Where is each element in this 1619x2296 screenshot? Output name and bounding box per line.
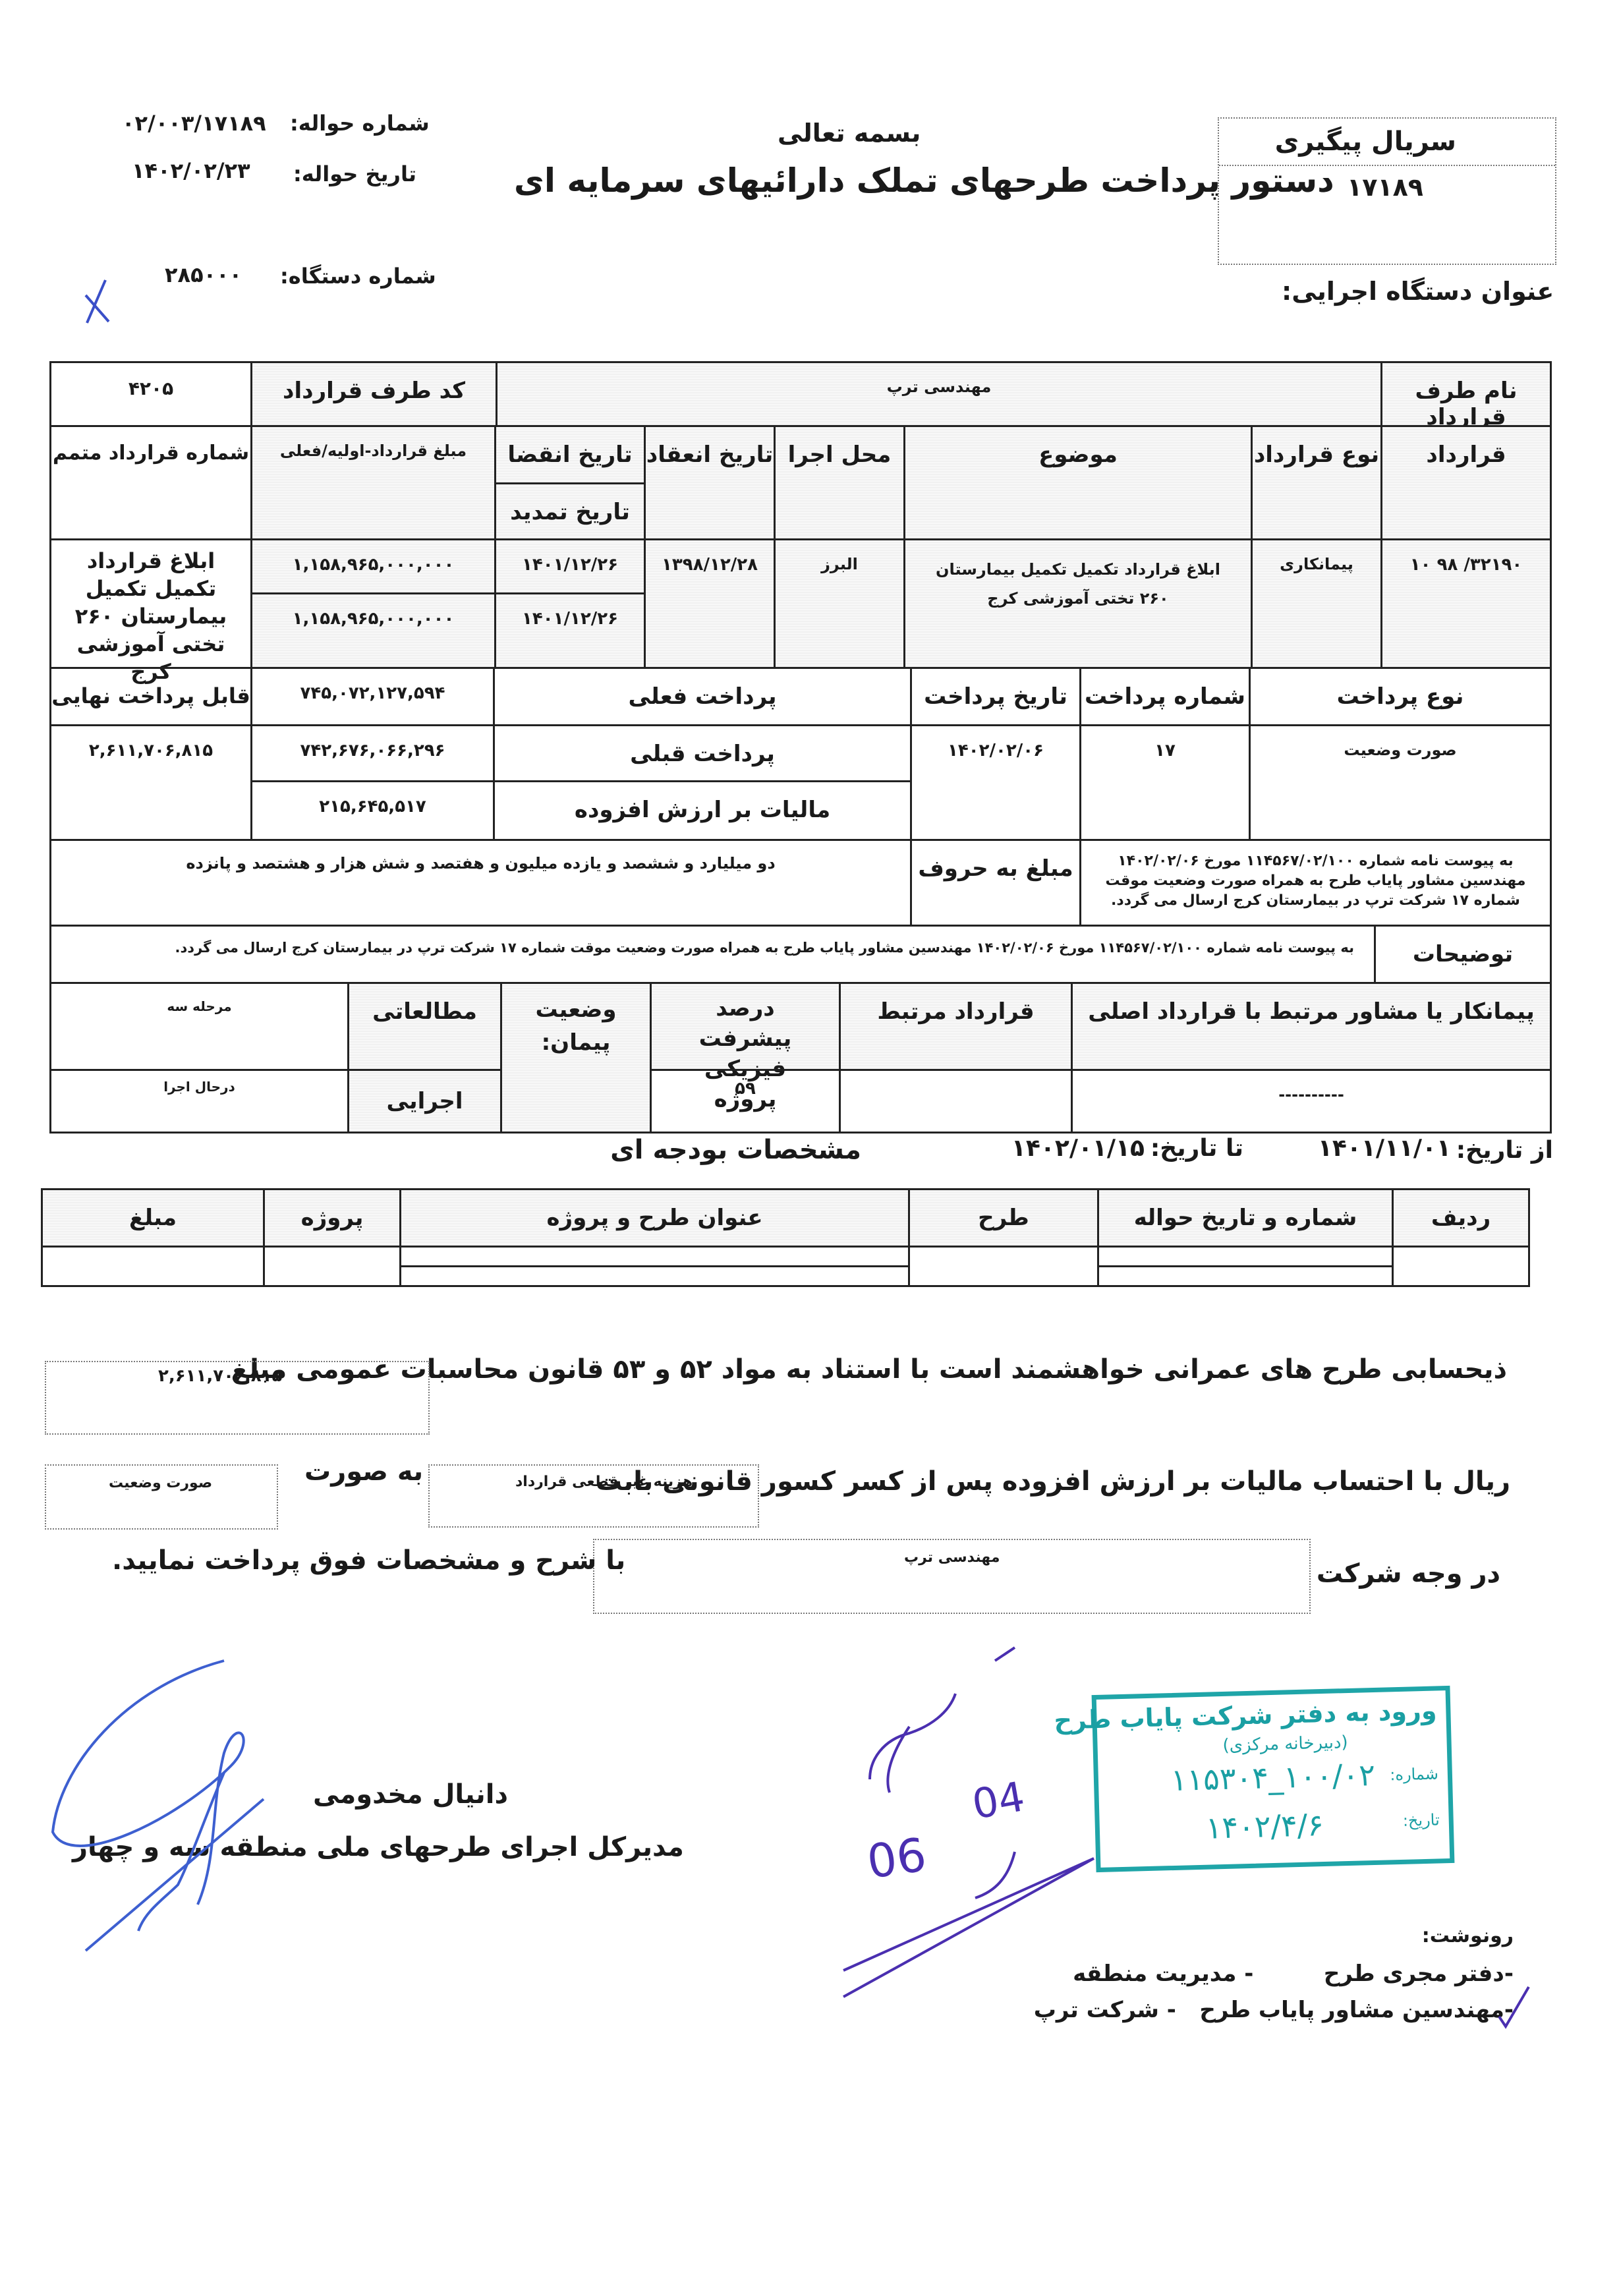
budget-col-project-label: پروژه <box>301 1205 364 1231</box>
contractor-label-cell: پیمانکار یا مشاور مرتبط با قرارداد اصلی <box>1071 982 1552 1071</box>
vat-value-cell: ۲۱۵,۶۴۵,۵۱۷ <box>250 780 495 841</box>
contractor-label: پیمانکار یا مشاور مرتبط با قرارداد اصلی <box>1088 998 1535 1025</box>
status-study-cell: مطالعاتی <box>347 982 502 1071</box>
budget-col-title: عنوان طرح و پروژه <box>399 1188 910 1248</box>
col-expiry-date: تاریخ انقضا <box>494 425 646 484</box>
contract-sign-date: ۱۳۹۸/۱۲/۲۸ <box>662 555 758 575</box>
executive-agency-label: عنوان دستگاه اجرایی: <box>1282 277 1554 306</box>
amount-words-value: دو میلیارد و ششصد و یازده میلیون و هفتصد… <box>186 854 775 873</box>
contract-amount-current: ۱,۱۵۸,۹۶۵,۰۰۰,۰۰۰ <box>293 609 455 629</box>
payment-note: به پیوست نامه شماره ۱۱۴۵۶۷/۰۲/۱۰۰ مورخ ۱… <box>1094 851 1537 911</box>
supplement-number-cell: ابلاغ قرارداد تکمیل تکمیل بیمارستان ۲۶۰ … <box>49 538 252 669</box>
payment-date-label: تاریخ پرداخت <box>924 683 1067 710</box>
col-contract-label: قرارداد <box>1426 442 1506 468</box>
budget-col-project: پروژه <box>263 1188 401 1248</box>
amount-words-label-cell: مبلغ به حروف <box>910 839 1081 927</box>
description-value-cell: به پیوست نامه شماره ۱۱۴۵۶۷/۰۲/۱۰۰ مورخ ۱… <box>49 925 1376 984</box>
payment-type-value: صورت وضعیت <box>1344 741 1456 759</box>
payment-note-cell: به پیوست نامه شماره ۱۱۴۵۶۷/۰۲/۱۰۰ مورخ ۱… <box>1079 839 1552 927</box>
order-number-value: ۰۲/۰۰۳/۱۷۱۸۹ <box>122 111 266 136</box>
previous-payment-value-cell: ۷۴۲,۶۷۶,۰۶۶,۲۹۶ <box>250 724 495 782</box>
contract-extension-date: ۱۴۰۱/۱۲/۲۶ <box>522 609 618 629</box>
device-number-value: ۲۸۵۰۰۰ <box>165 262 242 287</box>
from-date-label: از تاریخ: <box>1456 1137 1553 1164</box>
budget-cell <box>399 1265 910 1287</box>
to-date-value: ۱۴۰۲/۰۱/۱۵ <box>1011 1135 1145 1162</box>
status-exec-cell: اجرایی <box>347 1069 502 1134</box>
order-number-label: شماره حواله: <box>290 111 430 136</box>
col-subject-label: موضوع <box>1038 442 1118 468</box>
budget-col-order: شماره و تاریخ حواله <box>1097 1188 1394 1248</box>
from-date-value: ۱۴۰۱/۱۱/۰۱ <box>1318 1135 1451 1162</box>
received-stamp: ورود به دفتر شرکت پایاب طرح (دبیرخانه مر… <box>1092 1686 1455 1872</box>
budget-col-row: ردیف <box>1392 1188 1530 1248</box>
cc-line-1: -دفتر مجری طرح - مدیریت منطقه <box>1073 1961 1514 1987</box>
party-name-value-cell: مهندسی ترپ <box>496 361 1382 427</box>
stage-cell: مرحله سه <box>49 982 349 1071</box>
device-number-label: شماره دستگاه: <box>280 264 436 289</box>
payment-number-value-cell: ۱۷ <box>1079 724 1251 841</box>
payment-type-label-cell: نوع پرداخت <box>1249 667 1552 726</box>
col-subject: موضوع <box>903 425 1253 540</box>
contract-table: نام طرف قرارداد مهندسی ترپ کد طرف قراردا… <box>49 361 1552 1126</box>
final-payable-label-cell: قابل پرداخت نهایی <box>49 667 252 726</box>
stamp-date-value: ۱۴۰۲/۴/۶ <box>1205 1807 1324 1846</box>
party-code-value: ۴۲۰۵ <box>128 378 173 399</box>
as-box-value: صورت وضعیت <box>109 1475 212 1491</box>
col-amount-label: مبلغ قرارداد-اولیه/فعلی <box>280 442 467 460</box>
contract-type-cell: پیمانکاری <box>1251 538 1382 669</box>
col-amount: مبلغ قرارداد-اولیه/فعلی <box>250 425 496 540</box>
previous-payment-value: ۷۴۲,۶۷۶,۰۶۶,۲۹۶ <box>300 741 445 761</box>
budget-cell <box>263 1246 401 1287</box>
contract-location-cell: البرز <box>774 538 905 669</box>
contract-subject-cell: ابلاغ قرارداد تکمیل تکمیل بیمارستان ۲۶۰ … <box>903 538 1253 669</box>
budget-col-amount: مبلغ <box>41 1188 265 1248</box>
stage-value: مرحله سه <box>167 998 231 1014</box>
party-code-label-cell: کد طرف قرارداد <box>250 361 497 427</box>
col-expiry-date-label: تاریخ انقضا <box>507 442 632 468</box>
contract-number-cell: ۱۰ ۹۸ /۳۲۱۹۰ <box>1380 538 1552 669</box>
progress-value: ۵۹ <box>735 1079 756 1099</box>
current-payment-value-cell: ۷۴۵,۰۷۲,۱۲۷,۵۹۴ <box>250 667 495 726</box>
amount-box-value: ۲,۶۱۱,۷۰۶,۸۱۵ <box>158 1366 282 1386</box>
party-name-label-cell: نام طرف قرارداد <box>1380 361 1552 427</box>
contract-amount-initial: ۱,۱۵۸,۹۶۵,۰۰۰,۰۰۰ <box>293 555 455 575</box>
final-payable-label: قابل پرداخت نهایی <box>51 683 250 708</box>
payment-number-label-cell: شماره پرداخت <box>1079 667 1251 726</box>
company-box-value: مهندسی ترپ <box>904 1549 1000 1566</box>
stamp-date-label: تاریخ: <box>1403 1810 1440 1829</box>
status-label-cell: وضعیت پیمان: <box>500 982 652 1134</box>
payment-number-value: ۱۷ <box>1154 741 1176 761</box>
contract-number: ۱۰ ۹۸ /۳۲۱۹۰ <box>1410 555 1522 575</box>
current-payment-label-cell: پرداخت فعلی <box>493 667 912 726</box>
body-line-3-label: در وجه شرکت <box>1317 1559 1500 1589</box>
related-contract-label: قرارداد مرتبط <box>877 998 1034 1025</box>
col-sign-date: تاریخ انعقاد <box>644 425 776 540</box>
final-payable-value-cell: ۲,۶۱۱,۷۰۶,۸۱۵ <box>49 724 252 841</box>
handwritten-date-numbers: 06 <box>864 1827 930 1889</box>
contract-subject: ابلاغ قرارداد تکمیل تکمیل بیمارستان ۲۶۰ … <box>932 555 1224 613</box>
contract-type: پیمانکاری <box>1280 555 1353 573</box>
signature-scribble <box>46 1648 310 1951</box>
divider <box>1219 165 1555 166</box>
contractor-value: ---------- <box>1278 1085 1344 1104</box>
party-code-value-cell: ۴۲۰۵ <box>49 361 252 427</box>
as-box: صورت وضعیت <box>45 1464 278 1530</box>
amount-box: ۲,۶۱۱,۷۰۶,۸۱۵ <box>45 1361 430 1435</box>
body-line-3-tail: با شرح و مشخصات فوق پرداخت نمایید. <box>112 1545 625 1576</box>
budget-col-plan-label: طرح <box>978 1205 1029 1231</box>
status-label: وضعیت پیمان: <box>533 993 619 1059</box>
contract-amount-current-cell: ۱,۱۵۸,۹۶۵,۰۰۰,۰۰۰ <box>250 592 496 669</box>
handwritten-x-mark <box>79 277 132 330</box>
company-box: مهندسی ترپ <box>593 1539 1311 1614</box>
description-value: به پیوست نامه شماره ۱۱۴۵۶۷/۰۲/۱۰۰ مورخ ۱… <box>175 940 1354 956</box>
to-date-label: تا تاریخ: <box>1150 1135 1243 1162</box>
budget-cell <box>41 1246 265 1287</box>
col-type-label: نوع قرارداد <box>1254 442 1379 468</box>
col-type: نوع قرارداد <box>1251 425 1382 540</box>
payment-number-label: شماره پرداخت <box>1085 683 1245 710</box>
col-extension-date-label: تاریخ تمدید <box>510 499 630 525</box>
amount-words-value-cell: دو میلیارد و ششصد و یازده میلیون و هفتصد… <box>49 839 912 927</box>
reason-box-value: هزینه غیر قطعی قرارداد <box>515 1474 693 1490</box>
contract-amount-initial-cell: ۱,۱۵۸,۹۶۵,۰۰۰,۰۰۰ <box>250 538 496 594</box>
related-contract-label-cell: قرارداد مرتبط <box>839 982 1073 1071</box>
amount-words-label: مبلغ به حروف <box>918 855 1073 882</box>
previous-payment-label: پرداخت قبلی <box>630 741 775 767</box>
budget-cell <box>908 1246 1099 1287</box>
payment-type-label: نوع پرداخت <box>1337 683 1464 710</box>
vat-value: ۲۱۵,۶۴۵,۵۱۷ <box>319 797 426 817</box>
page-title: دستور پرداخت طرحهای تملک دارائیهای سرمای… <box>514 161 1334 200</box>
serial-value: ۱۷۱۸۹ <box>1347 173 1423 202</box>
supplement-number: ابلاغ قرارداد تکمیل تکمیل بیمارستان ۲۶۰ … <box>65 547 237 685</box>
budget-col-row-label: ردیف <box>1431 1205 1491 1231</box>
contract-expiry-date: ۱۴۰۱/۱۲/۲۶ <box>522 555 618 575</box>
col-contract: قرارداد <box>1380 425 1552 540</box>
cc-label: رونوشت: <box>1422 1924 1514 1947</box>
contractor-value-cell: ---------- <box>1071 1069 1552 1134</box>
budget-cell <box>399 1246 910 1267</box>
handwritten-note: 06 04 <box>843 1641 1081 1997</box>
svg-text:04: 04 <box>969 1772 1028 1829</box>
serial-box: سریال پیگیری ۱۷۱۸۹ <box>1218 117 1556 265</box>
budget-col-plan: طرح <box>908 1188 1099 1248</box>
budget-col-title-label: عنوان طرح و پروژه <box>546 1205 762 1231</box>
final-payable-value: ۲,۶۱۱,۷۰۶,۸۱۵ <box>89 741 213 761</box>
stamp-line-2: (دبیرخانه مرکزی) <box>1222 1733 1348 1756</box>
signer-name: دانیال مخدومی <box>313 1779 508 1810</box>
previous-payment-label-cell: پرداخت قبلی <box>493 724 912 782</box>
contract-sign-date-cell: ۱۳۹۸/۱۲/۲۸ <box>644 538 776 669</box>
party-name-value: مهندسی ترپ <box>887 378 992 396</box>
current-payment-value: ۷۴۵,۰۷۲,۱۲۷,۵۹۴ <box>300 683 445 703</box>
col-location-label: محل اجرا <box>788 442 892 468</box>
description-label-cell: توضیحات <box>1374 925 1552 984</box>
budget-col-amount-label: مبلغ <box>129 1205 177 1231</box>
progress-label-cell: درصد پیشرفت فیزیکی پروژه <box>650 982 841 1071</box>
budget-cell <box>1097 1246 1394 1267</box>
contract-extension-date-cell: ۱۴۰۱/۱۲/۲۶ <box>494 592 646 669</box>
contract-expiry-date-cell: ۱۴۰۱/۱۲/۲۶ <box>494 538 646 594</box>
as-label: به صورت <box>304 1456 423 1487</box>
progress-value-cell: ۵۹ <box>650 1069 841 1134</box>
col-extension-date: تاریخ تمدید <box>494 482 646 540</box>
serial-label: سریال پیگیری <box>1275 127 1456 157</box>
checkmark-icon <box>1496 1984 1535 2030</box>
budget-cell <box>1097 1265 1394 1287</box>
party-name-label: نام طرف قرارداد <box>1382 378 1550 430</box>
col-supplement-number-label: شماره قرارداد متمم <box>53 442 249 465</box>
contract-location: البرز <box>821 555 858 573</box>
payment-type-value-cell: صورت وضعیت <box>1249 724 1552 841</box>
current-payment-label: پرداخت فعلی <box>628 683 776 710</box>
cc-line-2: -مهندسین مشاور پایاب طرح - شرکت ترپ <box>1034 1997 1514 2023</box>
stamp-line-1: ورود به دفتر شرکت پایاب طرح <box>1054 1696 1437 1735</box>
col-sign-date-label: تاریخ انعقاد <box>646 442 774 468</box>
order-date-value: ۱۴۰۲/۰۲/۲۳ <box>132 158 250 183</box>
related-contract-value-cell <box>839 1069 1073 1134</box>
budget-title: مشخصات بودجه ای <box>610 1135 861 1165</box>
status-study: مطالعاتی <box>372 998 477 1025</box>
payment-date-value-cell: ۱۴۰۲/۰۲/۰۶ <box>910 724 1081 841</box>
state-cell: درحال اجرا <box>49 1069 349 1134</box>
status-exec: اجرایی <box>386 1088 463 1114</box>
stamp-number-label: شماره: <box>1390 1764 1438 1784</box>
bismillah: بسمه تعالی <box>778 119 921 148</box>
budget-table: ردیف شماره و تاریخ حواله طرح عنوان طرح و… <box>41 1188 1530 1287</box>
party-code-label: کد طرف قرارداد <box>283 378 465 404</box>
stamp-number-value: ۱۰۰/۰۲_۱۱۵۳۰۴ <box>1170 1757 1376 1798</box>
col-supplement-number: شماره قرارداد متمم <box>49 425 252 540</box>
budget-col-order-label: شماره و تاریخ حواله <box>1134 1205 1357 1231</box>
payment-date-label-cell: تاریخ پرداخت <box>910 667 1081 726</box>
col-location: محل اجرا <box>774 425 905 540</box>
vat-label-cell: مالیات بر ارزش افزوده <box>493 780 912 841</box>
description-label: توضیحات <box>1413 941 1513 967</box>
vat-label: مالیات بر ارزش افزوده <box>575 797 830 823</box>
state-value: درحال اجرا <box>163 1079 235 1095</box>
reason-box: هزینه غیر قطعی قرارداد <box>428 1464 759 1528</box>
payment-date-value: ۱۴۰۲/۰۲/۰۶ <box>948 741 1044 761</box>
order-date-label: تاریخ حواله: <box>293 161 416 187</box>
budget-cell <box>1392 1246 1530 1287</box>
